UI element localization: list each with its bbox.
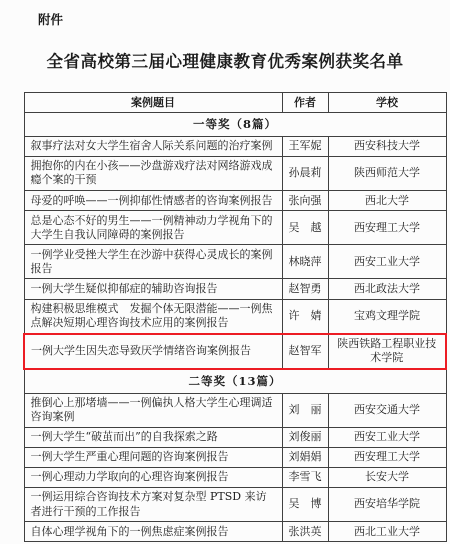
table-row: 一例心理动力学取向的心理咨询案例报告 李雪飞 长安大学 bbox=[24, 467, 446, 487]
attachment-label: 附件 bbox=[38, 10, 450, 28]
table-row: 一例大学生严重心理问题的咨询案例报告 刘娟娟 西安理工大学 bbox=[24, 447, 446, 467]
author-cell: 孙晨莉 bbox=[282, 156, 328, 190]
table-row: 推倒心上那堵墙——一例偏执人格大学生心理调适咨询案例 刘 丽 西安交通大学 bbox=[24, 393, 446, 427]
page-title: 全省高校第三届心理健康教育优秀案例获奖名单 bbox=[0, 48, 450, 72]
case-title-cell: 一例大学生严重心理问题的咨询案例报告 bbox=[24, 447, 282, 467]
table-row-highlighted: 一例大学生因失恋导致厌学情绪咨询案例报告 赵智军 陕西铁路工程职业技术学院 bbox=[24, 334, 446, 369]
author-cell: 吴 越 bbox=[282, 211, 328, 245]
case-title-cell: 拥抱你的内在小孩——沙盘游戏疗法对网络游戏成瘾个案的干预 bbox=[24, 156, 282, 190]
section-header-second-prize: 二等奖（13篇） bbox=[24, 369, 446, 393]
case-title-cell: 叙事疗法对女大学生宿舍人际关系问题的治疗案例 bbox=[24, 136, 282, 156]
school-cell: 西安理工大学 bbox=[328, 447, 446, 467]
author-cell: 吴 博 bbox=[282, 487, 328, 521]
school-cell: 西安培华学院 bbox=[328, 487, 446, 521]
table-row: 总是心态不好的男生——一例精神动力学视角下的大学生自我认同障碍的案例报告 吴 越… bbox=[24, 211, 446, 245]
section-label: 二等奖（13篇） bbox=[24, 369, 446, 393]
table-row: 一例大学生“破茧而出”的自我探索之路 刘俊丽 西安工业大学 bbox=[24, 427, 446, 447]
case-title-cell: 一例大学生疑似抑郁症的辅助咨询报告 bbox=[24, 279, 282, 299]
author-cell: 张洪英 bbox=[282, 522, 328, 542]
author-cell: 刘 丽 bbox=[282, 393, 328, 427]
case-title-cell: 一例大学生因失恋导致厌学情绪咨询案例报告 bbox=[24, 334, 282, 369]
section-header-first-prize: 一等奖（8篇） bbox=[24, 113, 446, 137]
case-title-cell: 构建积极思维模式 发掘个体无限潜能——一例焦点解决短期心理咨询技术应用的案例报告 bbox=[24, 299, 282, 334]
school-cell: 西安科技大学 bbox=[328, 136, 446, 156]
author-cell: 刘娟娟 bbox=[282, 447, 328, 467]
table-row: 构建积极思维模式 发掘个体无限潜能——一例焦点解决短期心理咨询技术应用的案例报告… bbox=[24, 299, 446, 334]
case-title-cell: 一例学业受挫大学生在沙游中获得心灵成长的案例报告 bbox=[24, 245, 282, 279]
awards-table: 案例题目 作者 学校 一等奖（8篇） 叙事疗法对女大学生宿舍人际关系问题的治疗案… bbox=[23, 92, 447, 542]
table-row: 一例运用综合咨询技术方案对复杂型 PTSD 来访者进行干预的工作报告 吴 博 西… bbox=[24, 487, 446, 521]
section-label: 一等奖（8篇） bbox=[24, 113, 446, 137]
school-cell: 西北大学 bbox=[328, 191, 446, 211]
author-cell: 许 婧 bbox=[282, 299, 328, 334]
author-cell: 赵智军 bbox=[282, 334, 328, 369]
case-title-cell: 一例大学生“破茧而出”的自我探索之路 bbox=[24, 427, 282, 447]
case-title-cell: 母爱的呼唤——一例抑郁性情感者的咨询案例报告 bbox=[24, 191, 282, 211]
school-cell: 西安理工大学 bbox=[328, 211, 446, 245]
author-cell: 李雪飞 bbox=[282, 467, 328, 487]
table-row: 一例学业受挫大学生在沙游中获得心灵成长的案例报告 林晓萍 西安工业大学 bbox=[24, 245, 446, 279]
column-header-case-title: 案例题目 bbox=[24, 93, 282, 113]
table-row: 叙事疗法对女大学生宿舍人际关系问题的治疗案例 王军妮 西安科技大学 bbox=[24, 136, 446, 156]
author-cell: 林晓萍 bbox=[282, 245, 328, 279]
table-header-row: 案例题目 作者 学校 bbox=[24, 93, 446, 113]
author-cell: 赵智勇 bbox=[282, 279, 328, 299]
table-row: 自体心理学视角下的一例焦虑症案例报告 张洪英 西北工业大学 bbox=[24, 522, 446, 542]
author-cell: 王军妮 bbox=[282, 136, 328, 156]
school-cell: 西安交通大学 bbox=[328, 393, 446, 427]
school-cell: 西北工业大学 bbox=[328, 522, 446, 542]
author-cell: 刘俊丽 bbox=[282, 427, 328, 447]
case-title-cell: 总是心态不好的男生——一例精神动力学视角下的大学生自我认同障碍的案例报告 bbox=[24, 211, 282, 245]
school-cell: 西安工业大学 bbox=[328, 245, 446, 279]
school-cell: 宝鸡文理学院 bbox=[328, 299, 446, 334]
table-row: 一例大学生疑似抑郁症的辅助咨询报告 赵智勇 西北政法大学 bbox=[24, 279, 446, 299]
table-row: 母爱的呼唤——一例抑郁性情感者的咨询案例报告 张向强 西北大学 bbox=[24, 191, 446, 211]
school-cell: 西北政法大学 bbox=[328, 279, 446, 299]
school-cell: 陕西师范大学 bbox=[328, 156, 446, 190]
case-title-cell: 自体心理学视角下的一例焦虑症案例报告 bbox=[24, 522, 282, 542]
school-cell: 陕西铁路工程职业技术学院 bbox=[328, 334, 446, 369]
table-row: 拥抱你的内在小孩——沙盘游戏疗法对网络游戏成瘾个案的干预 孙晨莉 陕西师范大学 bbox=[24, 156, 446, 190]
author-cell: 张向强 bbox=[282, 191, 328, 211]
case-title-cell: 一例心理动力学取向的心理咨询案例报告 bbox=[24, 467, 282, 487]
column-header-author: 作者 bbox=[282, 93, 328, 113]
school-cell: 西安工业大学 bbox=[328, 427, 446, 447]
case-title-cell: 推倒心上那堵墙——一例偏执人格大学生心理调适咨询案例 bbox=[24, 393, 282, 427]
school-cell: 长安大学 bbox=[328, 467, 446, 487]
column-header-school: 学校 bbox=[328, 93, 446, 113]
case-title-cell: 一例运用综合咨询技术方案对复杂型 PTSD 来访者进行干预的工作报告 bbox=[24, 487, 282, 521]
